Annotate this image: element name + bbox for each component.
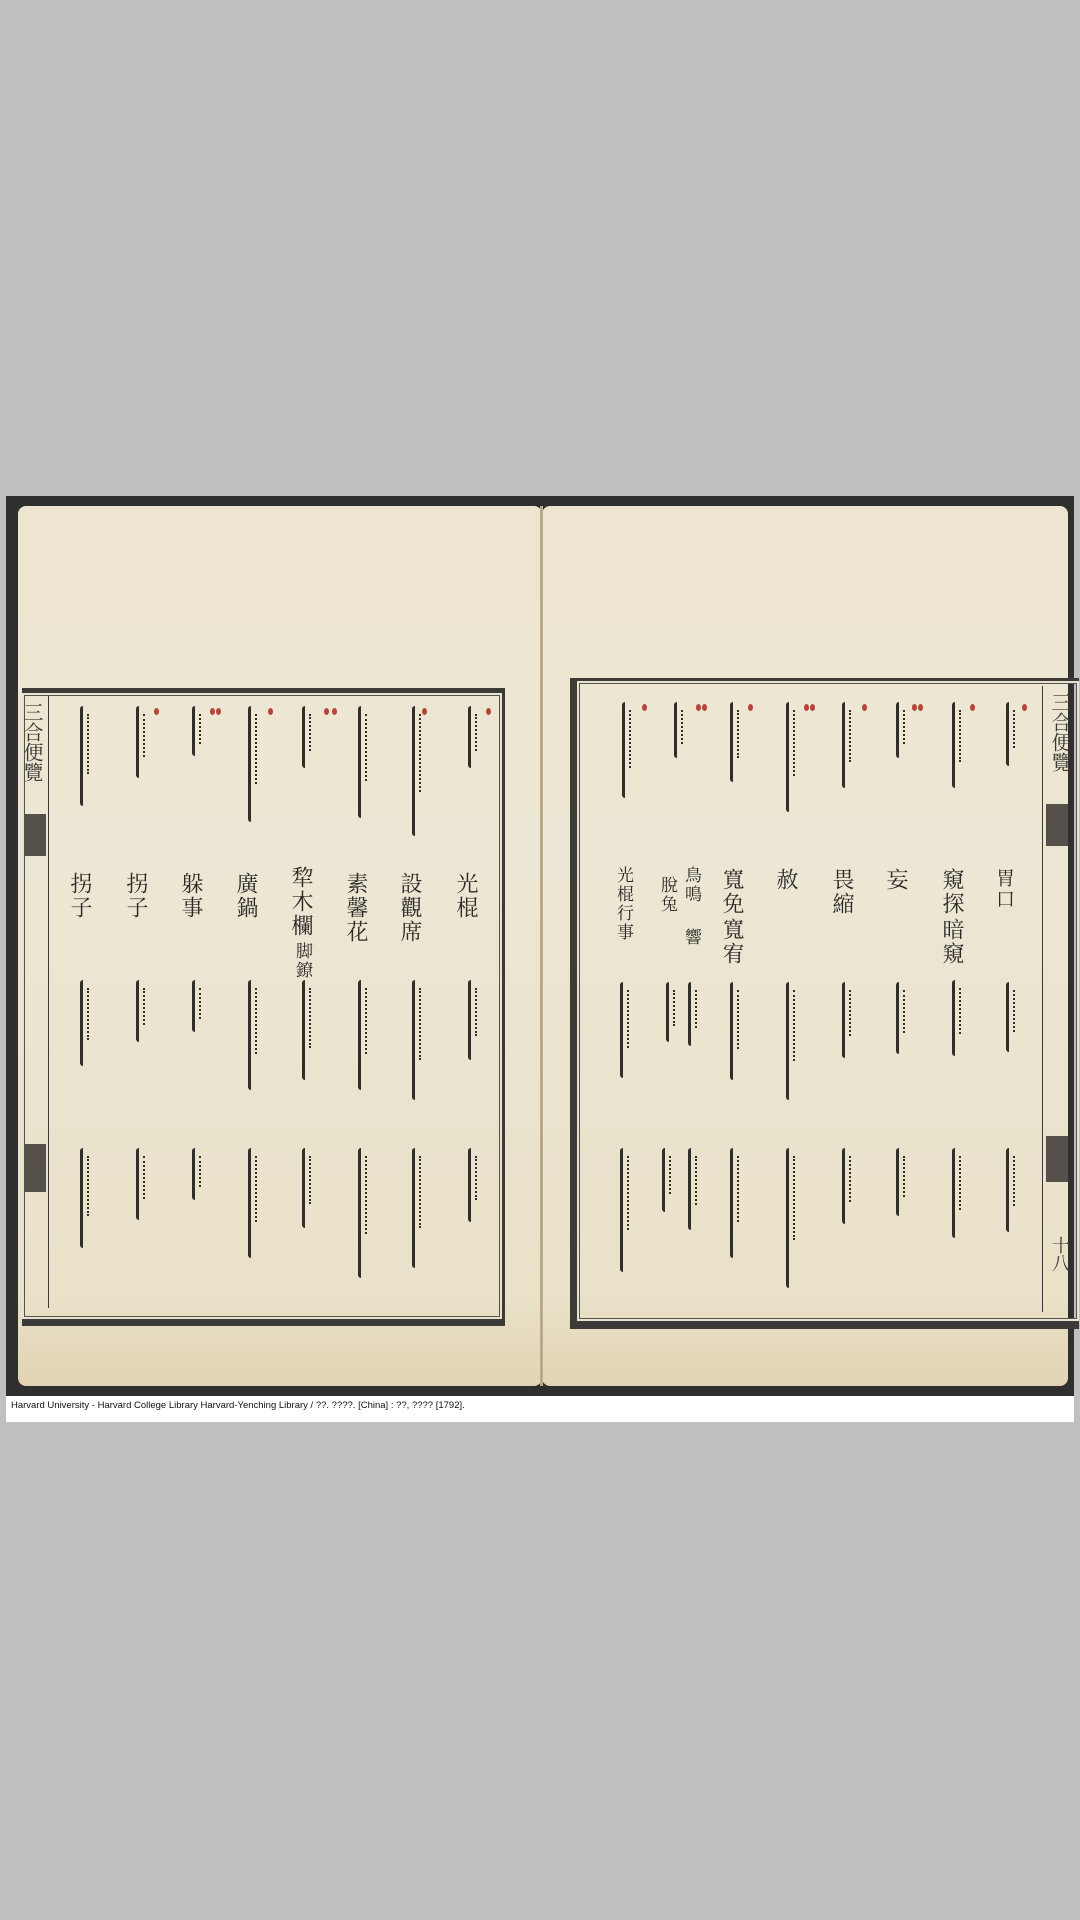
left-script-mid-5 xyxy=(248,980,265,1090)
right-script-top-3 xyxy=(896,702,913,758)
red-mark xyxy=(268,708,273,715)
left-entry-1: 光棍 xyxy=(454,872,476,920)
right-entry-3: 妄 xyxy=(884,868,906,892)
red-mark xyxy=(696,704,701,711)
left-entry-2: 設觀席 xyxy=(398,872,420,944)
right-script-mid-6 xyxy=(730,982,747,1080)
red-mark xyxy=(216,708,221,715)
right-entry-8: 脫兔 xyxy=(658,876,675,914)
red-mark xyxy=(970,704,975,711)
red-mark xyxy=(912,704,917,711)
left-page-banner-title: 三合便覽 xyxy=(18,702,47,782)
right-fishtail-mark xyxy=(1046,804,1068,846)
left-entry-6: 躲事 xyxy=(179,872,201,920)
left-script-top-4 xyxy=(302,706,319,768)
left-script-bot-7 xyxy=(136,1148,153,1220)
right-entry-2-note: 暗窺 xyxy=(940,918,962,966)
red-mark xyxy=(210,708,215,715)
right-script-mid-8 xyxy=(666,982,683,1042)
book-scan-image[interactable]: 三合便覽 光棍 設觀席 素馨花 犂木欄 脚鐐 廣鍋 躲事 拐子 拐子 xyxy=(6,496,1074,1396)
left-script-bot-5 xyxy=(248,1148,265,1258)
left-entry-3: 素馨花 xyxy=(344,872,366,944)
right-entry-1: 胃口 xyxy=(994,868,1013,910)
image-viewer: 三合便覽 光棍 設觀席 素馨花 犂木欄 脚鐐 廣鍋 躲事 拐子 拐子 xyxy=(6,496,1074,1422)
left-script-top-5 xyxy=(248,706,265,822)
right-script-bot-6 xyxy=(730,1148,747,1258)
right-script-mid-4 xyxy=(842,982,859,1058)
left-lower-fishtail-mark xyxy=(24,1144,46,1192)
right-entry-4: 畏縮 xyxy=(830,868,852,916)
right-script-mid-7 xyxy=(688,982,705,1046)
image-caption: Harvard University - Harvard College Lib… xyxy=(11,1400,465,1411)
left-script-top-7 xyxy=(136,706,153,778)
right-entry-6-note: 寬宥 xyxy=(720,918,742,966)
left-script-top-1 xyxy=(468,706,485,768)
left-script-bot-8 xyxy=(80,1148,97,1248)
right-script-top-2 xyxy=(952,702,969,788)
right-entry-7-note: 響 xyxy=(682,928,699,947)
left-entry-4: 犂木欄 xyxy=(289,866,311,938)
right-script-bot-5 xyxy=(786,1148,803,1288)
left-script-bot-3 xyxy=(358,1148,375,1278)
book-spine xyxy=(540,506,543,1386)
right-script-top-5 xyxy=(786,702,803,812)
right-script-bot-2 xyxy=(952,1148,969,1238)
left-entry-7: 拐子 xyxy=(124,872,146,920)
right-script-top-8 xyxy=(622,702,639,798)
right-lower-fishtail-mark xyxy=(1046,1136,1068,1182)
red-mark xyxy=(642,704,647,711)
right-script-top-6 xyxy=(730,702,747,782)
left-entry-5: 廣鍋 xyxy=(234,872,256,920)
red-mark xyxy=(702,704,707,711)
red-mark xyxy=(748,704,753,711)
left-banner-rule xyxy=(48,696,49,1308)
red-mark xyxy=(154,708,159,715)
left-script-top-2 xyxy=(412,706,429,836)
left-script-bot-2 xyxy=(412,1148,429,1268)
left-script-mid-2 xyxy=(412,980,429,1100)
right-entry-2: 窺探 xyxy=(940,868,962,916)
left-entry-8: 拐子 xyxy=(68,872,90,920)
right-script-bot-4 xyxy=(842,1148,859,1224)
right-entry-7: 鳥鳴 xyxy=(682,866,699,904)
page-number: 十八 xyxy=(1046,1236,1072,1272)
right-entry-9: 光棍行事 xyxy=(614,866,631,942)
red-mark xyxy=(486,708,491,715)
left-script-mid-6 xyxy=(192,980,209,1032)
left-script-bot-1 xyxy=(468,1148,485,1222)
right-entry-6: 寬免 xyxy=(720,868,742,916)
right-script-mid-2 xyxy=(952,980,969,1056)
left-script-mid-1 xyxy=(468,980,485,1060)
red-mark xyxy=(1022,704,1027,711)
red-mark xyxy=(918,704,923,711)
red-mark xyxy=(332,708,337,715)
right-script-top-4 xyxy=(842,702,859,788)
right-script-bot-9 xyxy=(620,1148,637,1272)
red-mark xyxy=(804,704,809,711)
left-entry-4-note: 脚鐐 xyxy=(293,942,310,980)
right-entry-5: 赦 xyxy=(774,868,796,892)
right-script-mid-9 xyxy=(620,982,637,1078)
right-script-top-1 xyxy=(1006,702,1023,766)
right-script-bot-3 xyxy=(896,1148,913,1216)
red-mark xyxy=(422,708,427,715)
right-script-mid-5 xyxy=(786,982,803,1100)
red-mark xyxy=(862,704,867,711)
left-script-mid-3 xyxy=(358,980,375,1090)
left-script-top-8 xyxy=(80,706,97,806)
right-banner-rule xyxy=(1042,686,1043,1312)
left-script-top-3 xyxy=(358,706,375,818)
left-script-mid-7 xyxy=(136,980,153,1042)
right-script-mid-1 xyxy=(1006,982,1023,1052)
left-script-mid-8 xyxy=(80,980,97,1066)
right-script-bot-1 xyxy=(1006,1148,1023,1232)
red-mark xyxy=(810,704,815,711)
right-script-top-7 xyxy=(674,702,691,758)
right-script-bot-8 xyxy=(662,1148,679,1212)
right-script-bot-7 xyxy=(688,1148,705,1230)
left-script-top-6 xyxy=(192,706,209,756)
red-mark xyxy=(324,708,329,715)
left-script-bot-4 xyxy=(302,1148,319,1228)
right-script-mid-3 xyxy=(896,982,913,1054)
left-script-bot-6 xyxy=(192,1148,209,1200)
left-script-mid-4 xyxy=(302,980,319,1080)
left-fishtail-mark xyxy=(24,814,46,856)
right-page-banner-title: 三合便覽 xyxy=(1046,692,1075,772)
